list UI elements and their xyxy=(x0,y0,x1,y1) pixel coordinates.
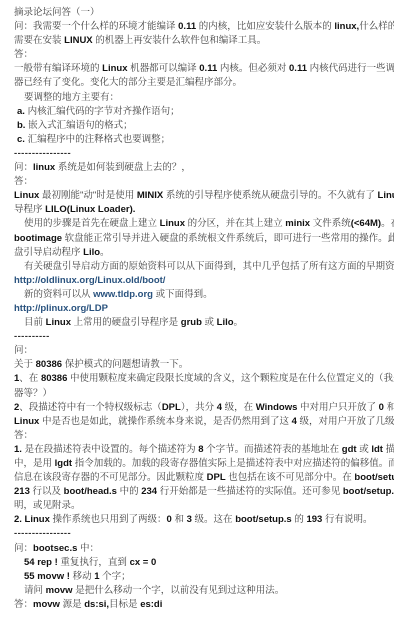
text-line: 明，或见附录。 xyxy=(14,499,394,513)
text-run: 193 xyxy=(306,514,322,525)
text-run: 行开始都是一些描述符的实际值。还可参见 xyxy=(157,486,343,497)
text-run: 保护模式的问题想请教一下。 xyxy=(62,359,188,370)
text-line: 答： xyxy=(14,175,394,189)
text-run: 操作系统也只用到了两级： xyxy=(50,514,167,525)
hyperlink[interactable]: http://plinux.org/LDP xyxy=(14,303,108,314)
document-title: 摘录论坛问答（一） xyxy=(14,6,394,20)
text-run: 级，在 xyxy=(222,402,256,413)
text-line: http://plinux.org/LDP xyxy=(14,302,394,316)
text-run: 级，对用户开放了几级呢。 xyxy=(297,416,394,427)
text-run: Windows xyxy=(256,402,298,413)
text-line: c. 汇编程序中的注释格式也要调整； xyxy=(14,133,394,147)
text-run: 中是否也是如此，就操作系统本身来说，是否仍然用到了这 xyxy=(39,416,291,427)
text-run: 目标是 xyxy=(109,599,140,610)
text-run: 是把什么移动一个字，以前没有见到过这种用法。 xyxy=(73,585,285,596)
text-line: 请问 movw 是把什么移动一个字，以前没有见到过这种用法。 xyxy=(14,584,394,598)
text-line: 答： xyxy=(14,48,394,62)
text-run: boot/setup.s xyxy=(235,514,291,525)
text-run: boot/setup.s xyxy=(354,472,394,483)
text-run: 问：我需要一个什么样的环境才能编译 xyxy=(14,21,178,32)
text-run: 有关硬盘引导启动方面的原始资料可以从下面得到，其中几乎包括了所有这方面的早期资料… xyxy=(24,261,394,272)
hyperlink[interactable]: www.tldp.org xyxy=(93,289,153,300)
text-run: 和 xyxy=(172,514,187,525)
text-run: 内核代码进行一些调整。因为编译 xyxy=(307,63,394,74)
text-run: 2. Linux xyxy=(14,514,50,525)
text-line: 器等？） xyxy=(14,387,394,401)
text-run: Linux xyxy=(102,63,127,74)
text-run: DPL xyxy=(162,402,181,413)
text-run: 答： xyxy=(14,599,33,610)
text-run: 也包括在该不可见部分中。在 xyxy=(226,472,355,483)
text-run: movw xyxy=(33,599,60,610)
text-run: 明，或见附录。 xyxy=(14,500,81,511)
text-run: es:di xyxy=(140,599,162,610)
separator-dashes: ---------------- xyxy=(14,528,71,539)
text-run: 。在使用 xyxy=(381,218,394,229)
text-run: grub xyxy=(181,317,202,328)
text-line: 1. 是在段描述符表中设置的。每个描述符为 8 个字节。而描述符表的基地址在 g… xyxy=(14,443,394,457)
text-run: 。 xyxy=(234,317,244,328)
text-line: 需要在安装 LINUX 的机器上再安装什么软件包和编译工具。 xyxy=(14,34,394,48)
text-run: 使用的步骤是首先在硬盘上建立 xyxy=(24,218,160,229)
text-line: 目前 Linux 上常用的硬盘引导程序是 grub 或 Lilo。 xyxy=(14,316,394,330)
text-run: 的分区，并在其上建立 xyxy=(185,218,285,229)
text-run: 器等？） xyxy=(14,388,52,399)
text-run: 什么样的硬件比较好。 xyxy=(359,21,394,32)
text-run: 内核。但必须对 xyxy=(217,63,289,74)
text-run: 需要在安装 xyxy=(14,35,64,46)
text-run: 55 movw ! xyxy=(24,571,70,582)
text-run: 新的资料可以从 xyxy=(24,289,93,300)
text-run: ldt xyxy=(371,444,383,455)
text-run: 54 rep ! xyxy=(24,557,58,568)
text-run: 软盘能正常引导并进入硬盘的系统根文件系统后，即可进行一些常用的操作。此时即可安装… xyxy=(62,233,394,244)
separator: ---------- xyxy=(14,330,394,344)
text-run: 内核汇编代码的字节对齐操作语句； xyxy=(25,106,180,117)
text-line: 答：movw 源是 ds:si,目标是 es:di xyxy=(14,598,394,612)
text-run: 80386 xyxy=(36,359,62,370)
text-line: 问：bootsec.s 中： xyxy=(14,542,394,556)
text-run: (<64M) xyxy=(351,218,381,229)
text-line: 54 rep ! 重复执行，直到 cx = 0 xyxy=(14,556,394,570)
text-line: 问： xyxy=(14,344,394,358)
text-run: 0.11 xyxy=(199,63,217,74)
text-line: 55 movw ! 移动 1 个字； xyxy=(14,570,394,584)
text-run: 答： xyxy=(14,49,33,60)
text-run: Linux xyxy=(160,218,185,229)
text-line: Linux 最初刚能"动"时是使用 MINIX 系统的引导程序使系统从硬盘引导的… xyxy=(14,189,394,203)
text-run: cx = 0 xyxy=(130,557,157,568)
document-body: 摘录论坛问答（一）问：我需要一个什么样的环境才能编译 0.11 的内核，比如应安… xyxy=(14,6,394,612)
text-run: 请问 xyxy=(24,585,46,596)
text-line: 答： xyxy=(14,429,394,443)
text-run: ds:si, xyxy=(84,599,109,610)
text-line: 有关硬盘引导启动方面的原始资料可以从下面得到，其中几乎包括了所有这方面的早期资料… xyxy=(14,260,394,274)
text-run: 的 xyxy=(292,514,307,525)
text-run: minix xyxy=(285,218,310,229)
text-run: 源是 xyxy=(60,599,84,610)
text-run: 系统的引导程序使系统从硬盘引导的。不久就有了 xyxy=(163,190,377,201)
separator: ---------------- xyxy=(14,147,394,161)
text-line: 关于 80386 保护模式的问题想请教一下。 xyxy=(14,358,394,372)
text-run: 文件系统 xyxy=(310,218,351,229)
text-line: 盘引导启动程序 Lilo。 xyxy=(14,246,394,260)
text-run: 中对用户只开放了 xyxy=(297,402,378,413)
text-run: 个字节。而描述符表的基地址在 xyxy=(204,444,342,455)
text-run: 要调整的地方主要有： xyxy=(24,92,119,103)
text-line: 问：linux 系统是如何装到硬盘上去的？， xyxy=(14,161,394,175)
text-run: 中： xyxy=(77,543,99,554)
text-run: bootimage xyxy=(14,233,62,244)
text-line: 使用的步骤是首先在硬盘上建立 Linux 的分区，并在其上建立 minix 文件… xyxy=(14,217,394,231)
text-run: 指令加载的。加载的段寄存器值实际上是描述符表中对应描述符的偏移值。而实际的描述符 xyxy=(72,458,394,469)
text-line: 问：我需要一个什么样的环境才能编译 0.11 的内核，比如应安装什么版本的 li… xyxy=(14,20,394,34)
text-line: a. 内核汇编代码的字节对齐操作语句； xyxy=(14,105,394,119)
text-run: Linux xyxy=(14,416,39,427)
text-run: 导程序 xyxy=(14,204,45,215)
text-run: a. xyxy=(17,106,25,117)
text-line: 中，是用 lgdt 指令加载的。加载的段寄存器值实际上是描述符表中对应描述符的偏… xyxy=(14,457,394,471)
text-line: 导程序 LILO(Linux Loader). xyxy=(14,203,394,217)
text-run: 或 xyxy=(357,444,372,455)
text-run: 是在段描述符表中设置的。每个描述符为 xyxy=(22,444,198,455)
text-run: 关于 xyxy=(14,359,36,370)
text-run: 0.11 xyxy=(289,63,307,74)
text-run: 中使用颗粒度来确定段限长度域的含义，这个颗粒度是在什么位置定义的（我是指哪个寄存 xyxy=(67,373,394,384)
text-run: 1. xyxy=(14,444,22,455)
text-run: 上常用的硬盘引导程序是 xyxy=(71,317,181,328)
separator: ---------------- xyxy=(14,527,394,541)
text-run: Lilo xyxy=(217,317,234,328)
text-run: linux, xyxy=(334,21,359,32)
text-run: Linux xyxy=(46,317,71,328)
text-run: 问： xyxy=(14,345,33,356)
text-run: 行以及 xyxy=(30,486,64,497)
document-page: 摘录论坛问答（一）问：我需要一个什么样的环境才能编译 0.11 的内核，比如应安… xyxy=(0,0,404,620)
text-run: MINIX xyxy=(137,190,163,201)
text-run: 和 xyxy=(384,402,394,413)
text-line: 一般带有编译环境的 Linux 机器都可以编译 0.11 内核。但必须对 0.1… xyxy=(14,62,394,76)
text-run: 信息在该段寄存器的不可见部分。因此颗粒度 xyxy=(14,472,207,483)
text-line: 要调整的地方主要有： xyxy=(14,91,394,105)
text-run: bootsec.s xyxy=(33,543,77,554)
text-run: 答： xyxy=(14,430,33,441)
text-line: 213 行以及 boot/head.s 中的 234 行开始都是一些描述符的实际… xyxy=(14,485,394,499)
text-run: 答： xyxy=(14,176,33,187)
text-run: 问： xyxy=(14,162,33,173)
text-line: 2、段描述符中有一个特权级标志（DPL），共分 4 级，在 Windows 中对… xyxy=(14,401,394,415)
text-run: 、段描述符中有一个特权级标志（ xyxy=(19,402,162,413)
text-run: 器已经有了变化。变化大的部分主要是汇编程序部分。 xyxy=(14,77,242,88)
text-run: 汇编程序中的注释格式也要调整； xyxy=(25,134,170,145)
text-run: 个字； xyxy=(100,571,131,582)
text-run: c. xyxy=(17,134,25,145)
text-run: 行有说明。 xyxy=(322,514,372,525)
text-run: Linux xyxy=(378,190,394,201)
text-run: gdt xyxy=(342,444,357,455)
text-line: bootimage 软盘能正常引导并进入硬盘的系统根文件系统后，即可进行一些常用… xyxy=(14,232,394,246)
text-line: Linux 中是否也是如此，就操作系统本身来说，是否仍然用到了这 4 级，对用户… xyxy=(14,415,394,429)
text-run: linux xyxy=(33,162,55,173)
text-run: 0.11 xyxy=(178,21,196,32)
text-run: 机器都可以编译 xyxy=(127,63,199,74)
text-run: ），共分 xyxy=(181,402,217,413)
text-run: 最初刚能"动"时是使用 xyxy=(39,190,137,201)
text-run: 213 xyxy=(14,486,30,497)
text-run: 系统是如何装到硬盘上去的？， xyxy=(55,162,191,173)
text-run: LILO(Linux Loader). xyxy=(45,204,135,215)
text-run: 的内核，比如应安装什么版本的 xyxy=(196,21,334,32)
text-run: 移动 xyxy=(70,571,94,582)
text-run: 一般带有编译环境的 xyxy=(14,63,102,74)
text-line: 1、在 80386 中使用颗粒度来确定段限长度域的含义，这个颗粒度是在什么位置定… xyxy=(14,372,394,386)
text-line: 2. Linux 操作系统也只用到了两级：0 和 3 级。这在 boot/set… xyxy=(14,513,394,527)
text-run: 描述符表寄存器 xyxy=(383,444,394,455)
text-run: boot/head.s xyxy=(64,486,117,497)
text-run: lgdt xyxy=(55,458,72,469)
text-run: boot/setup.s xyxy=(343,486,394,497)
text-run: DPL xyxy=(207,472,226,483)
text-run: 或下面得到。 xyxy=(153,289,213,300)
hyperlink[interactable]: http://oldlinux.org/Linux.old/boot/ xyxy=(14,275,165,286)
text-run: 问： xyxy=(14,543,33,554)
text-run: 80386 xyxy=(41,373,67,384)
text-run: 嵌入式汇编语句的格式； xyxy=(25,120,132,131)
text-run: 中，是用 xyxy=(14,458,55,469)
separator-dashes: ---------- xyxy=(14,331,50,342)
text-run: 的机器上再安装什么软件包和编译工具。 xyxy=(93,35,267,46)
text-run: 目前 xyxy=(24,317,46,328)
text-line: 新的资料可以从 www.tldp.org 或下面得到。 xyxy=(14,288,394,302)
text-run: 或 xyxy=(202,317,217,328)
text-run: Linux xyxy=(14,190,39,201)
text-run: 、在 xyxy=(19,373,41,384)
text-run: 级。这在 xyxy=(192,514,235,525)
text-run: movw xyxy=(46,585,73,596)
text-line: 信息在该段寄存器的不可见部分。因此颗粒度 DPL 也包括在该不可见部分中。在 b… xyxy=(14,471,394,485)
text-run: 重复执行，直到 xyxy=(58,557,130,568)
text-line: 器已经有了变化。变化大的部分主要是汇编程序部分。 xyxy=(14,76,394,90)
text-run: 摘录论坛问答（一） xyxy=(14,7,100,18)
text-run: 234 xyxy=(141,486,157,497)
text-line: http://oldlinux.org/Linux.old/boot/ xyxy=(14,274,394,288)
text-run: 。 xyxy=(100,247,110,258)
separator-dashes: ---------------- xyxy=(14,148,71,159)
text-run: 盘引导启动程序 xyxy=(14,247,83,258)
text-run: Lilo xyxy=(83,247,100,258)
text-run: 中的 xyxy=(117,486,141,497)
text-line: b. 嵌入式汇编语句的格式； xyxy=(14,119,394,133)
text-run: LINUX xyxy=(64,35,93,46)
